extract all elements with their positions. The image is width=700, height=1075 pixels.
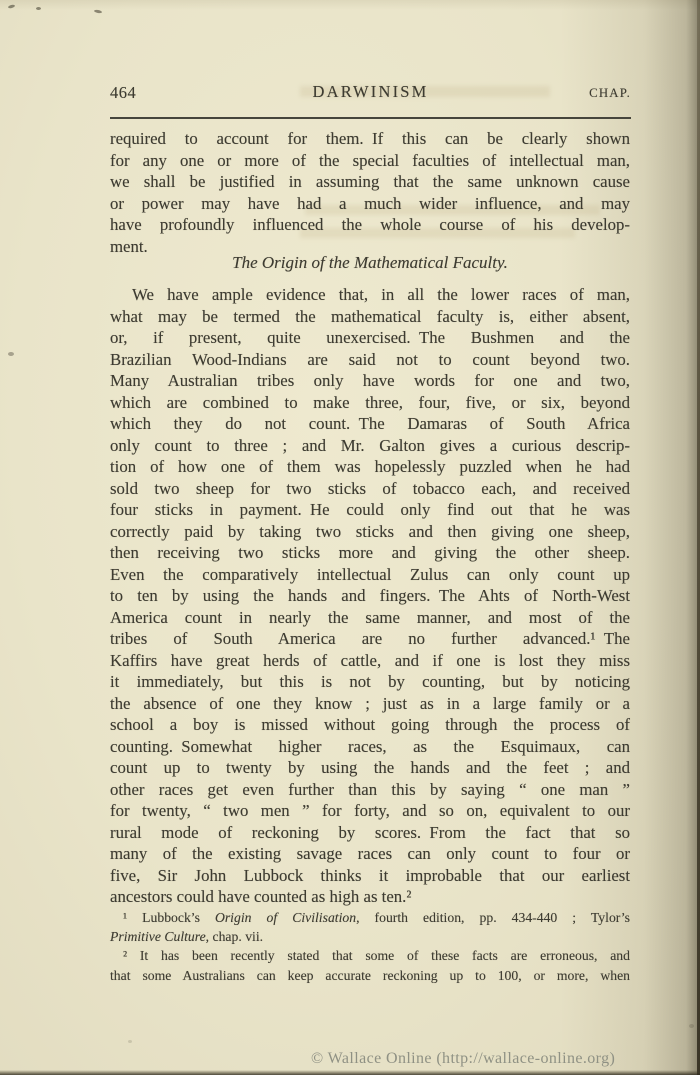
text-line: we shall be justified in assuming that t… (110, 171, 630, 193)
footnotes: ¹ Lubbock’s Origin of Civilisation, four… (110, 908, 630, 985)
text-line: only count to three ; and Mr. Galton giv… (110, 435, 630, 457)
page-header: 464 DARWINISM CHAP. (110, 82, 631, 104)
footnote-marker-text: ¹ Lubbock’s (123, 910, 215, 925)
header-rule (110, 117, 631, 119)
text-line: for twenty, “ two men ” for forty, and s… (110, 800, 630, 822)
running-title: DARWINISM (110, 82, 631, 102)
footnote-italic-title: Primitive Culture (110, 929, 206, 944)
text-line: it immediately, but this is not by count… (110, 671, 630, 693)
text-line: tribes of South America are no further a… (110, 628, 630, 650)
footnote-text: , chap. vii. (206, 929, 263, 944)
text-line: many of the existing savage races can on… (110, 843, 630, 865)
text-line: four sticks in payment. He could only fi… (110, 499, 630, 521)
ink-speck (94, 9, 102, 13)
main-paragraph: We have ample evidence that, in all the … (110, 284, 630, 908)
text-line: Even the comparatively intellectual Zulu… (110, 564, 630, 586)
text-line: the absence of one they know ; just as i… (110, 693, 630, 715)
opening-paragraph: required to account for them. If this ca… (110, 128, 630, 257)
text-line: or power may have had a much wider influ… (110, 193, 630, 215)
ink-speck (8, 4, 16, 9)
text-line: then receiving two sticks more and givin… (110, 542, 630, 564)
text-line: ancestors could have counted as high as … (110, 886, 630, 908)
footnote-line: that some Australians can keep accurate … (110, 966, 630, 985)
text-line: America count in nearly the same manner,… (110, 607, 630, 629)
footnote-line: Primitive Culture, chap. vii. (110, 927, 630, 946)
text-line: which they do not count. The Damaras of … (110, 413, 630, 435)
text-line: required to account for them. If this ca… (110, 128, 630, 150)
watermark: © Wallace Online (http://wallace-online.… (311, 1049, 615, 1069)
ink-speck (36, 7, 41, 10)
ink-speck (689, 1024, 694, 1028)
text-line: which are combined to make three, four, … (110, 392, 630, 414)
text-line: count up to twenty by using the hands an… (110, 757, 630, 779)
footnote-text: , fourth edition, pp. 434-440 ; Tylor’s (356, 910, 630, 925)
text-line: counting. Somewhat higher races, as the … (110, 736, 630, 758)
text-line: other races get even further than this b… (110, 779, 630, 801)
text-line: or, if present, quite unexercised. The B… (110, 327, 630, 349)
text-line: tion of how one of them was hopelessly p… (110, 456, 630, 478)
scan-bottom-edge (0, 1070, 700, 1075)
text-line: to ten by using the hands and fingers. T… (110, 585, 630, 607)
ink-speck (8, 352, 14, 356)
text-line: rural mode of reckoning by scores. From … (110, 822, 630, 844)
text-line: Many Australian tribes only have words f… (110, 370, 630, 392)
text-line: correctly paid by taking two sticks and … (110, 521, 630, 543)
text-line: five, Sir John Lubbock thinks it improba… (110, 865, 630, 887)
chapter-label: CHAP. (589, 86, 631, 101)
text-line: have profoundly influenced the whole cou… (110, 214, 630, 236)
text-line: what may be termed the mathematical facu… (110, 306, 630, 328)
text-line: Brazilian Wood-Indians are said not to c… (110, 349, 630, 371)
text-line: for any one or more of the special facul… (110, 150, 630, 172)
footnote-line: ¹ Lubbock’s Origin of Civilisation, four… (110, 908, 630, 927)
text-line: Kaffirs have great herds of cattle, and … (110, 650, 630, 672)
text-line: school a boy is missed without going thr… (110, 714, 630, 736)
text-line: We have ample evidence that, in all the … (110, 284, 630, 306)
text-line: sold two sheep for two sticks of tobacco… (110, 478, 630, 500)
book-page-scan: 464 DARWINISM CHAP. required to account … (0, 0, 700, 1075)
footnote-line: ² It has been recently stated that some … (110, 946, 630, 965)
footnote-italic-title: Origin of Civilisation (215, 910, 356, 925)
ink-speck (128, 1040, 132, 1043)
section-heading: The Origin of the Mathematical Faculty. (110, 253, 630, 273)
